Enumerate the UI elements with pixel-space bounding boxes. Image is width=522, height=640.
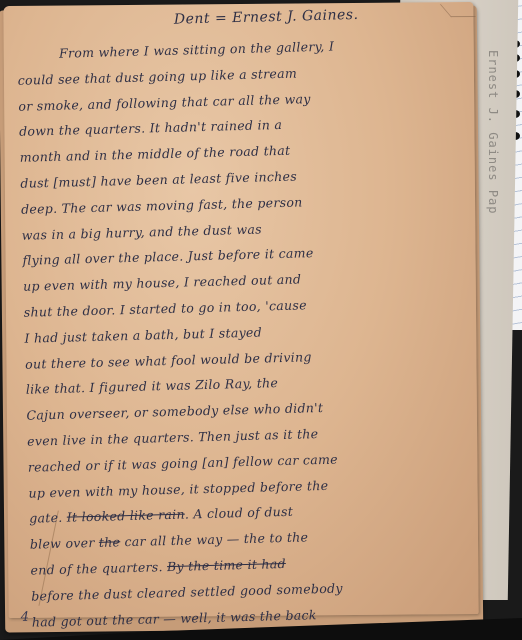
manuscript-title: Dent = Ernest J. Gaines.: [76, 4, 456, 30]
struck-text: It looked like rain: [67, 507, 185, 525]
struck-text: the: [99, 534, 121, 550]
manuscript-lines: From where I was sitting on the gallery,…: [17, 30, 472, 635]
struck-text: By the time it had: [167, 556, 286, 574]
manuscript-text: Dent = Ernest J. Gaines. From where I wa…: [16, 4, 472, 635]
page-number: 4: [21, 610, 29, 625]
manuscript-page: Dent = Ernest J. Gaines. From where I wa…: [3, 2, 478, 618]
folder-label: Ernest J. Gaines Pap: [486, 50, 500, 215]
